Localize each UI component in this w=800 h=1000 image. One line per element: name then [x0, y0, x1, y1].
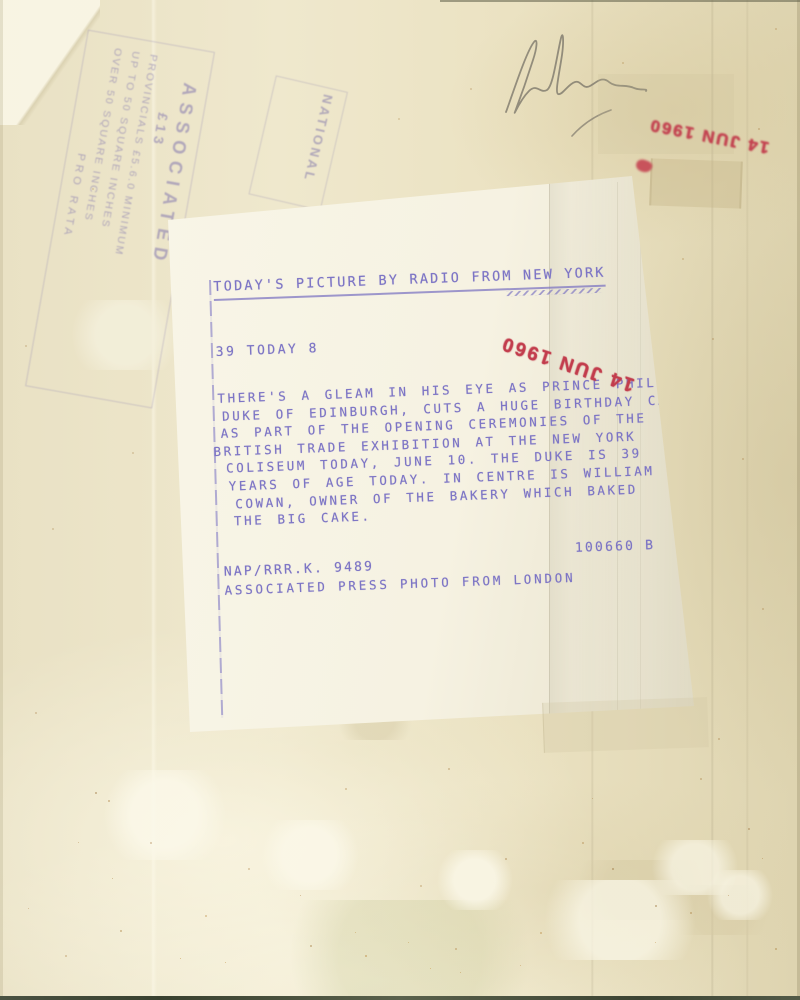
typed-caption: TODAY'S PICTURE BY RADIO FROM NEW YORK 3…	[213, 259, 694, 598]
press-photo-back: ASSOCIATED £13 PROVINCIALS £5.6.0 MINIMU…	[0, 0, 800, 1000]
photo-edge-top	[440, 0, 800, 2]
caption-slug: 39 TODAY 8	[216, 328, 686, 360]
caption-body: THERE'S A GLEAM IN HIS EYE AS PRINCE PHI…	[217, 373, 692, 531]
red-ink-smudge	[634, 158, 653, 175]
reference-number: NAP/RRR.K. 9489	[224, 559, 375, 580]
national-stamp: NATIONAL	[248, 75, 348, 211]
photo-edge-left	[0, 0, 3, 1000]
caption-label: TODAY'S PICTURE BY RADIO FROM NEW YORK 3…	[165, 172, 697, 734]
pencil-tick-icon	[572, 110, 611, 136]
date-stamp-top-right: 14 JUN 1960	[647, 115, 771, 158]
photo-edge-bottom	[0, 996, 800, 1000]
negative-number: 100660 B	[575, 538, 656, 556]
caption-header: TODAY'S PICTURE BY RADIO FROM NEW YORK	[213, 265, 606, 301]
national-stamp-text: NATIONAL	[301, 93, 336, 184]
tape-top-right	[649, 158, 743, 208]
